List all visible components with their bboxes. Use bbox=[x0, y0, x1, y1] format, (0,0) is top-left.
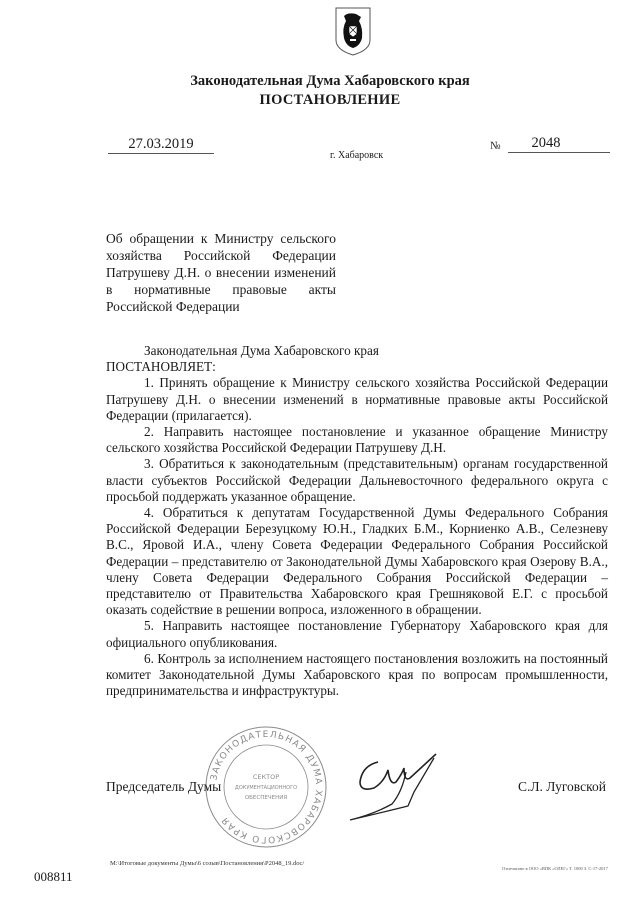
document-body: Законодательная Дума Хабаровского края П… bbox=[106, 343, 608, 699]
number-label: № bbox=[490, 140, 501, 152]
serial-code: 008811 bbox=[34, 869, 73, 885]
resolution-item-1: 1. Принять обращение к Министру сельског… bbox=[106, 375, 608, 424]
coat-of-arms-emblem bbox=[334, 6, 372, 56]
document-date: 27.03.2019 bbox=[108, 136, 214, 154]
khabarovsk-krai-coat-of-arms-icon bbox=[334, 6, 372, 56]
handwritten-signature bbox=[344, 752, 464, 822]
official-stamp: ЗАКОНОДАТЕЛЬНАЯ ДУМА ХАБАРОВСКОГО КРАЯ С… bbox=[204, 725, 328, 849]
document-type-title: ПОСТАНОВЛЕНИЕ bbox=[0, 92, 640, 109]
svg-text:ДОКУМЕНТАЦИОННОГО: ДОКУМЕНТАЦИОННОГО bbox=[235, 785, 297, 791]
resolution-item-4: 4. Обратиться к депутатам Государственно… bbox=[106, 505, 608, 618]
file-path-footer: M:\Итоговые документы Думы\6 созыв\Поста… bbox=[110, 860, 304, 867]
preamble: Законодательная Дума Хабаровского края bbox=[106, 343, 608, 359]
resolves-heading: ПОСТАНОВЛЯЕТ: bbox=[106, 359, 608, 375]
resolution-item-6: 6. Контроль за исполнением настоящего по… bbox=[106, 651, 608, 700]
document-subject: Об обращении к Министру сельского хозяйс… bbox=[106, 230, 336, 315]
document-city: г. Хабаровск bbox=[330, 150, 383, 161]
resolution-item-5: 5. Направить настоящее постановление Губ… bbox=[106, 618, 608, 650]
print-note: Отпечатано в ООО «ВПК «ОЛЕГ» Т. 1000 З. … bbox=[502, 866, 608, 871]
document-number: 2048 bbox=[508, 135, 610, 153]
svg-text:СЕКТОР: СЕКТОР bbox=[253, 773, 279, 781]
signatory-name: С.Л. Луговской bbox=[518, 779, 606, 795]
signatory-title: Председатель Думы bbox=[106, 779, 221, 795]
organization-name: Законодательная Дума Хабаровского края bbox=[0, 73, 640, 90]
svg-text:ОБЕСПЕЧЕНИЯ: ОБЕСПЕЧЕНИЯ bbox=[245, 795, 288, 801]
resolution-item-2: 2. Направить настоящее постановление и у… bbox=[106, 424, 608, 456]
round-seal-icon: ЗАКОНОДАТЕЛЬНАЯ ДУМА ХАБАРОВСКОГО КРАЯ С… bbox=[204, 725, 328, 849]
signature-icon bbox=[344, 752, 464, 822]
resolution-item-3: 3. Обратиться к законодательным (предста… bbox=[106, 456, 608, 505]
